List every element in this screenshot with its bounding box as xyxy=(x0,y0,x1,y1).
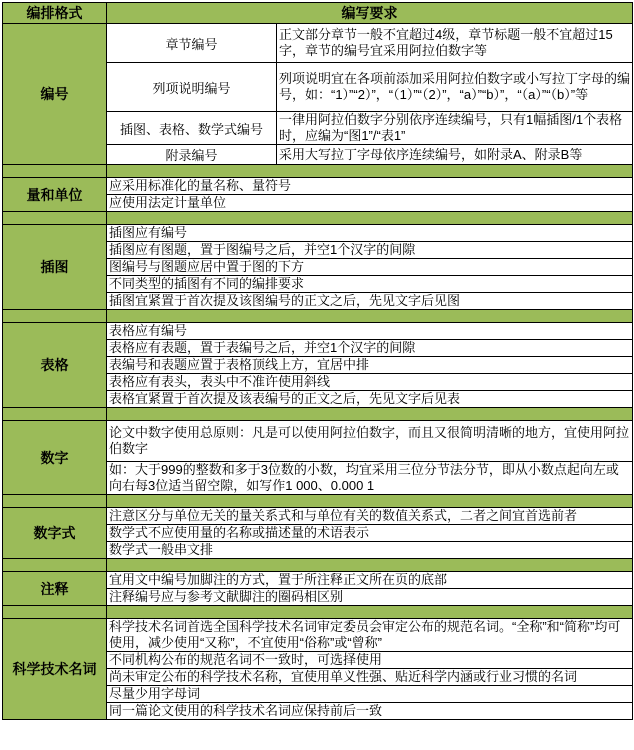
requirement-cell: 表格应有表头，表头中不准许使用斜线 xyxy=(107,374,633,391)
separator-row xyxy=(3,408,633,421)
requirement-cell: 数学式不应使用量的名称或描述量的术语表示 xyxy=(107,525,633,542)
sub-label-list-item-numbering: 列项说明编号 xyxy=(107,63,277,112)
table-row: 编号 章节编号 正文部分章节一般不宜超过4级，章节标题一般不宜超过15字，章节的… xyxy=(3,24,633,63)
requirement-cell: 插图宜紧置于首次提及该图编号的正文之后，先见文字后见图 xyxy=(107,293,633,310)
header-cell-format: 编排格式 xyxy=(3,3,107,24)
requirement-cell: 一律用阿拉伯数字分别依序连续编号，只有1幅插图/1个表格时，应编为“图1”/“表… xyxy=(277,112,633,145)
requirement-cell: 数学式一般串文排 xyxy=(107,542,633,559)
table-row: 注释 宜用文中编号加脚注的方式，置于所注释正文所在页的底部 xyxy=(3,572,633,589)
table-row: 数字 论文中数字使用总原则：凡是可以使用阿拉伯数字，而且又很简明清晰的地方，宜使… xyxy=(3,421,633,462)
header-cell-requirements: 编写要求 xyxy=(107,3,633,24)
separator-cell xyxy=(3,212,107,225)
section-label-annotations: 注释 xyxy=(3,572,107,606)
separator-row xyxy=(3,212,633,225)
requirement-cell: 科学技术名词首选全国科学技术名词审定委员会审定公布的规范名词。“全称”和“简称”… xyxy=(107,619,633,652)
requirement-cell: 不同机构公布的规范名词不一致时，可选择使用 xyxy=(107,652,633,669)
section-label-quantities-units: 量和单位 xyxy=(3,178,107,212)
separator-cell xyxy=(3,408,107,421)
separator-cell xyxy=(107,310,633,323)
sub-label-appendix-numbering: 附录编号 xyxy=(107,145,277,165)
table-header-row: 编排格式 编写要求 xyxy=(3,3,633,24)
separator-cell xyxy=(107,165,633,178)
requirement-cell: 应采用标准化的量名称、量符号 xyxy=(107,178,633,195)
requirement-cell: 应使用法定计量单位 xyxy=(107,195,633,212)
requirement-cell: 采用大写拉丁字母依序连续编号，如附录A、附录B等 xyxy=(277,145,633,165)
table-row: 科学技术名词 科学技术名词首选全国科学技术名词审定委员会审定公布的规范名词。“全… xyxy=(3,619,633,652)
requirement-cell: 同一篇论文使用的科学技术名词应保持前后一致 xyxy=(107,703,633,720)
requirement-cell: 插图应有图题，置于图编号之后，并空1个汉字的间隙 xyxy=(107,242,633,259)
table-row: 量和单位 应采用标准化的量名称、量符号 xyxy=(3,178,633,195)
requirement-cell: 图编号与图题应居中置于图的下方 xyxy=(107,259,633,276)
separator-row xyxy=(3,559,633,572)
requirement-cell: 如：大于999的整数和多于3位数的小数，均宜采用三位分节法分节，即从小数点起向左… xyxy=(107,462,633,495)
section-label-scientific-terms: 科学技术名词 xyxy=(3,619,107,720)
section-label-numbering: 编号 xyxy=(3,24,107,165)
requirement-cell: 宜用文中编号加脚注的方式，置于所注释正文所在页的底部 xyxy=(107,572,633,589)
requirement-cell: 不同类型的插图有不同的编排要求 xyxy=(107,276,633,293)
separator-cell xyxy=(107,212,633,225)
separator-row xyxy=(3,495,633,508)
section-label-numbers: 数字 xyxy=(3,421,107,495)
requirement-cell: 正文部分章节一般不宜超过4级，章节标题一般不宜超过15字，章节的编号宜采用阿拉伯… xyxy=(277,24,633,63)
separator-row xyxy=(3,606,633,619)
requirement-cell: 表格应有表题，置于表编号之后，并空1个汉字的间隙 xyxy=(107,340,633,357)
section-label-formulas: 数字式 xyxy=(3,508,107,559)
table-row: 插图 插图应有编号 xyxy=(3,225,633,242)
separator-cell xyxy=(3,310,107,323)
section-label-figures: 插图 xyxy=(3,225,107,310)
requirement-cell: 表编号和表题应置于表格顶线上方，宜居中排 xyxy=(107,357,633,374)
requirement-cell: 尽量少用字母词 xyxy=(107,686,633,703)
separator-cell xyxy=(3,559,107,572)
sub-label-chapter-numbering: 章节编号 xyxy=(107,24,277,63)
separator-row xyxy=(3,310,633,323)
requirement-cell: 论文中数字使用总原则：凡是可以使用阿拉伯数字，而且又很简明清晰的地方，宜使用阿拉… xyxy=(107,421,633,462)
separator-cell xyxy=(107,559,633,572)
sub-label-figure-table-formula-numbering: 插图、表格、数学式编号 xyxy=(107,112,277,145)
table-row: 数字式 注意区分与单位无关的量关系式和与单位有关的数值关系式，二者之间宜首选前者 xyxy=(3,508,633,525)
requirement-cell: 注意区分与单位无关的量关系式和与单位有关的数值关系式，二者之间宜首选前者 xyxy=(107,508,633,525)
separator-cell xyxy=(107,606,633,619)
requirement-cell: 表格宜紧置于首次提及该表编号的正文之后，先见文字后见表 xyxy=(107,391,633,408)
separator-cell xyxy=(3,165,107,178)
separator-row xyxy=(3,165,633,178)
requirement-cell: 列项说明宜在各项前添加采用阿拉伯数字或小写拉丁字母的编号，如：“1）”“2）”，… xyxy=(277,63,633,112)
requirement-cell: 尚未审定公布的科学技术名称，宜使用单义性强、贴近科学内涵或行业习惯的名词 xyxy=(107,669,633,686)
table-row: 表格 表格应有编号 xyxy=(3,323,633,340)
section-label-tables: 表格 xyxy=(3,323,107,408)
separator-cell xyxy=(3,606,107,619)
requirement-cell: 表格应有编号 xyxy=(107,323,633,340)
separator-cell xyxy=(3,495,107,508)
separator-cell xyxy=(107,495,633,508)
separator-cell xyxy=(107,408,633,421)
requirement-cell: 插图应有编号 xyxy=(107,225,633,242)
format-requirements-table: 编排格式 编写要求 编号 章节编号 正文部分章节一般不宜超过4级，章节标题一般不… xyxy=(2,2,633,720)
requirement-cell: 注释编号应与参考文献脚注的圈码相区别 xyxy=(107,589,633,606)
